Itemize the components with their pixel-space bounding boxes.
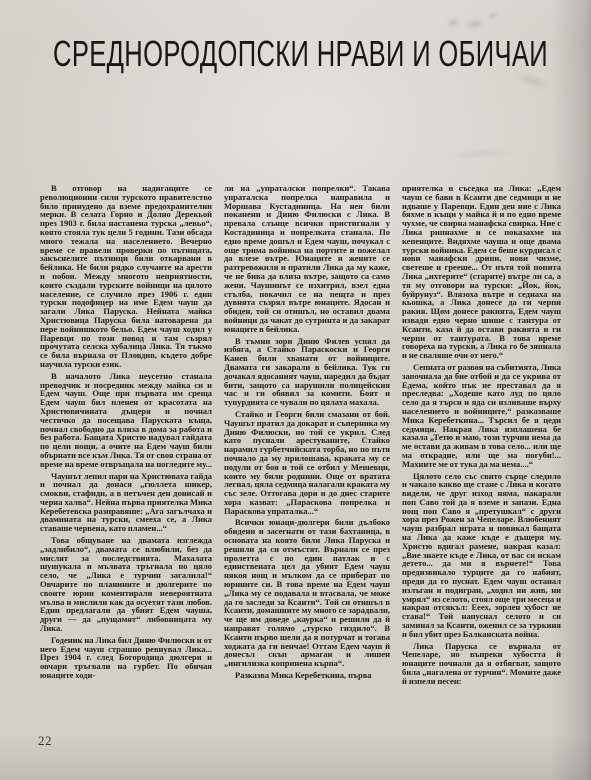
paragraph: приятелка и съседка на Лика: „Едем чауш …	[402, 184, 561, 360]
article-text-columns: В отговор на надигащите се революционни …	[40, 184, 561, 686]
paragraph: Лика Паруска се върнала от Чепеларе, но …	[402, 642, 561, 686]
paragraph: ли на „упраталски попрелки“. Такава упра…	[224, 184, 390, 334]
paragraph: В отговор на надигащите се революционни …	[40, 184, 212, 369]
paragraph: Годеник на Лика бил Диню Филюски и от не…	[40, 636, 212, 680]
scanned-book-page: СРЕДНОРОДОПСКИ НРАВИ И ОБИЧАИ В отговор …	[0, 0, 591, 780]
text-column-2: ли на „упраталски попрелки“. Такава упра…	[224, 184, 390, 686]
paragraph: Разказва Мика Керебеткина, първа	[224, 671, 390, 680]
paragraph: В тъмни зори Диню Филев успял да избяга,…	[224, 337, 390, 407]
text-column-1: В отговор на надигащите се революционни …	[40, 184, 212, 686]
text-column-3: приятелка и съседка на Лика: „Едем чауш …	[402, 184, 561, 686]
paragraph: Цялото село със свито сърце следило и ча…	[402, 472, 561, 639]
paragraph: В началото Лика неусетно станала преводч…	[40, 372, 212, 469]
paragraph: Това общуване на двамата изглежда „задли…	[40, 536, 212, 633]
paragraph: Стайко и Георги били смазани от бой. Чау…	[224, 410, 390, 516]
paragraph: Всички юнаци-дюлгери били дълбоко обиден…	[224, 518, 390, 668]
page-title: СРЕДНОРОДОПСКИ НРАВИ И ОБИЧАИ	[53, 36, 548, 72]
ink-bleedthrough-smudge	[425, 143, 536, 165]
page-number: 22	[38, 733, 52, 749]
paragraph: Чаушът лепил пари на Христювата гайда и …	[40, 472, 212, 534]
paragraph: Сепната от развоя на събитията, Лика зап…	[402, 363, 561, 469]
